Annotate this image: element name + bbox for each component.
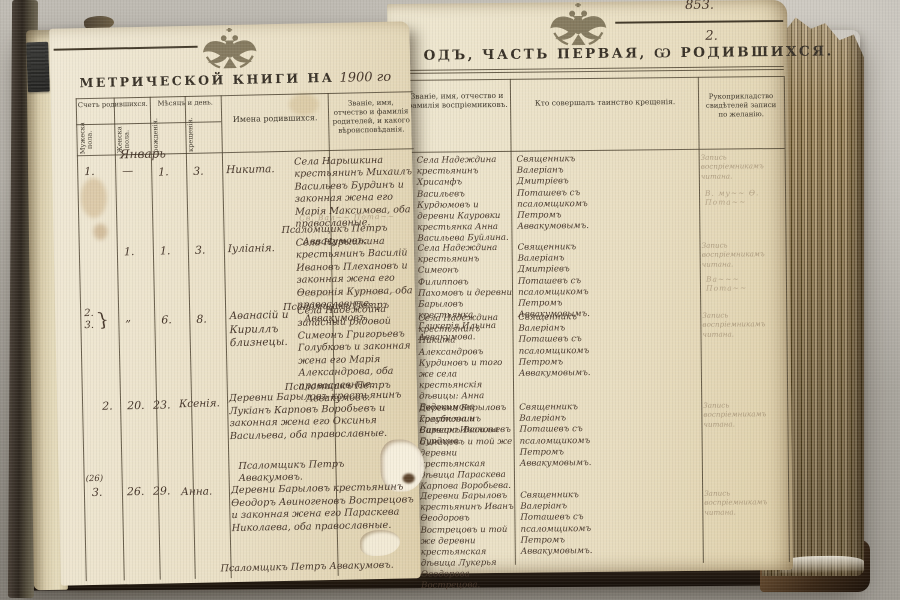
- born-day: 6.: [161, 313, 172, 326]
- godparents-cell: Села Надеждина крестьянинъ Хрисанфъ Васи…: [417, 155, 512, 245]
- folio-number: 853.: [685, 0, 714, 15]
- godparents-cell: Деревни Барыловъ крестьянинъ Симеонъ Вас…: [419, 403, 514, 493]
- born-day: 20.: [127, 399, 145, 412]
- column-header-male: Мужеска пола.: [79, 126, 113, 155]
- male-count-2: 3.: [84, 320, 94, 331]
- child-name: Аѳанасій и Кириллъ близнецы.: [229, 309, 296, 351]
- godparents-cell: Деревни Барыловъ крестьянинъ Иванъ Ѳеодо…: [420, 491, 515, 593]
- parents-cell: Деревни Барыловъ крестьянинъ Лукіанъ Кар…: [229, 389, 416, 444]
- minister-cell: Священникъ Валеріанъ Дмитріевъ Поташевъ …: [517, 154, 616, 233]
- signature-scribble: Ва~~~ Пота~~: [706, 274, 780, 293]
- paper-damage: [360, 530, 401, 557]
- page-title-right: ОДЪ, ЧАСТЬ ПЕРВАЯ, Ѡ РОДИВШИХСЯ.: [423, 44, 781, 65]
- minister-cell: Священникъ Валеріанъ Поташевъ съ псаломщ…: [519, 402, 618, 470]
- born-day: 1.: [160, 244, 171, 257]
- female-count: 3.: [92, 486, 103, 499]
- page-title-left: МЕТРИЧЕСКОЙ КНИГИ НА 1900 го: [70, 65, 400, 93]
- female-count: —: [122, 164, 133, 177]
- born-day: 1.: [158, 165, 169, 178]
- page-title-year-handwritten: 1900 го: [339, 70, 391, 86]
- baptized-day: 3.: [193, 165, 204, 178]
- left-page: МЕТРИЧЕСКОЙ КНИГИ НА 1900 го Счетъ родив…: [49, 21, 421, 585]
- minister-cell: Священникъ Валеріанъ Поташевъ съ псаломщ…: [520, 490, 619, 558]
- record-read-note: Запись воспріемникамъ читана.: [702, 310, 784, 339]
- baptized-day: 23.: [153, 398, 171, 411]
- page-title-left-print: МЕТРИЧЕСКОЙ КНИГИ НА: [79, 70, 334, 90]
- month-label: Январь: [120, 146, 200, 163]
- column-header-minister: Кто совершалъ таинство крещенія.: [520, 97, 690, 108]
- paper-stain: [93, 224, 107, 240]
- male-count-note: (26): [86, 474, 104, 485]
- female-count: 1.: [124, 245, 135, 258]
- table-line: [388, 76, 784, 81]
- imperial-eagle-stamp: [547, 2, 609, 49]
- column-header-month-day: Мѣсяцъ и день.: [151, 98, 220, 108]
- minister-cell: Священникъ Валеріанъ Дмитріевъ Поташевъ …: [518, 242, 617, 321]
- column-header-names: Имена родившихся.: [224, 113, 326, 125]
- baptized-day: 8.: [196, 313, 207, 326]
- header-rule: [615, 20, 783, 23]
- ditto-mark: „: [125, 311, 131, 324]
- record-read-note: Запись воспріемникамъ читана.: [701, 152, 783, 181]
- column-header-godparents: Званіе, имя, отчество и фамилія воспріем…: [406, 91, 508, 111]
- born-day: 26.: [127, 485, 145, 498]
- record-read-note: Запись воспріемникамъ читана.: [702, 240, 784, 269]
- tape-patch: [26, 42, 50, 93]
- baptized-day: 29.: [153, 484, 171, 497]
- male-count: 1.: [84, 165, 95, 178]
- clerk-signature: Псаломщикъ Петръ Аввакумовъ.: [220, 559, 410, 575]
- paper-stain: [80, 178, 107, 219]
- imperial-eagle-stamp: [199, 26, 260, 71]
- archival-book-photo: ОДЪ, ЧАСТЬ ПЕРВАЯ, Ѡ РОДИВШИХСЯ. 853. 2.…: [0, 0, 900, 600]
- right-page: ОДЪ, ЧАСТЬ ПЕРВАЯ, Ѡ РОДИВШИХСЯ. 853. 2.…: [387, 0, 793, 574]
- minister-cell: Священникъ Валеріанъ Поташевъ съ псаломщ…: [518, 312, 617, 380]
- female-count: 2.: [102, 400, 113, 413]
- signature-scribble: В. му~~ Ѳ. Пота~~: [705, 188, 779, 207]
- twin-brace: {: [97, 309, 109, 333]
- record-read-note: Запись воспріемникамъ читана.: [703, 400, 785, 429]
- male-count: 2.: [84, 308, 94, 319]
- column-header-signatures: Рукоприкладство свидѣтелей записи по жел…: [702, 92, 780, 119]
- page-number: 2.: [705, 29, 718, 46]
- parents-cell: Деревни Барыловъ крестьянинъ Ѳеодоръ Аѳи…: [231, 481, 418, 536]
- column-header-count: Счетъ родившихся.: [77, 100, 149, 110]
- column-header-parents: Званіе, имя, отчество и фамилія родителе…: [331, 97, 412, 135]
- baptized-day: 3.: [195, 244, 206, 257]
- header-rule: [54, 46, 198, 51]
- record-read-note: Запись воспріемникамъ читана.: [704, 488, 786, 517]
